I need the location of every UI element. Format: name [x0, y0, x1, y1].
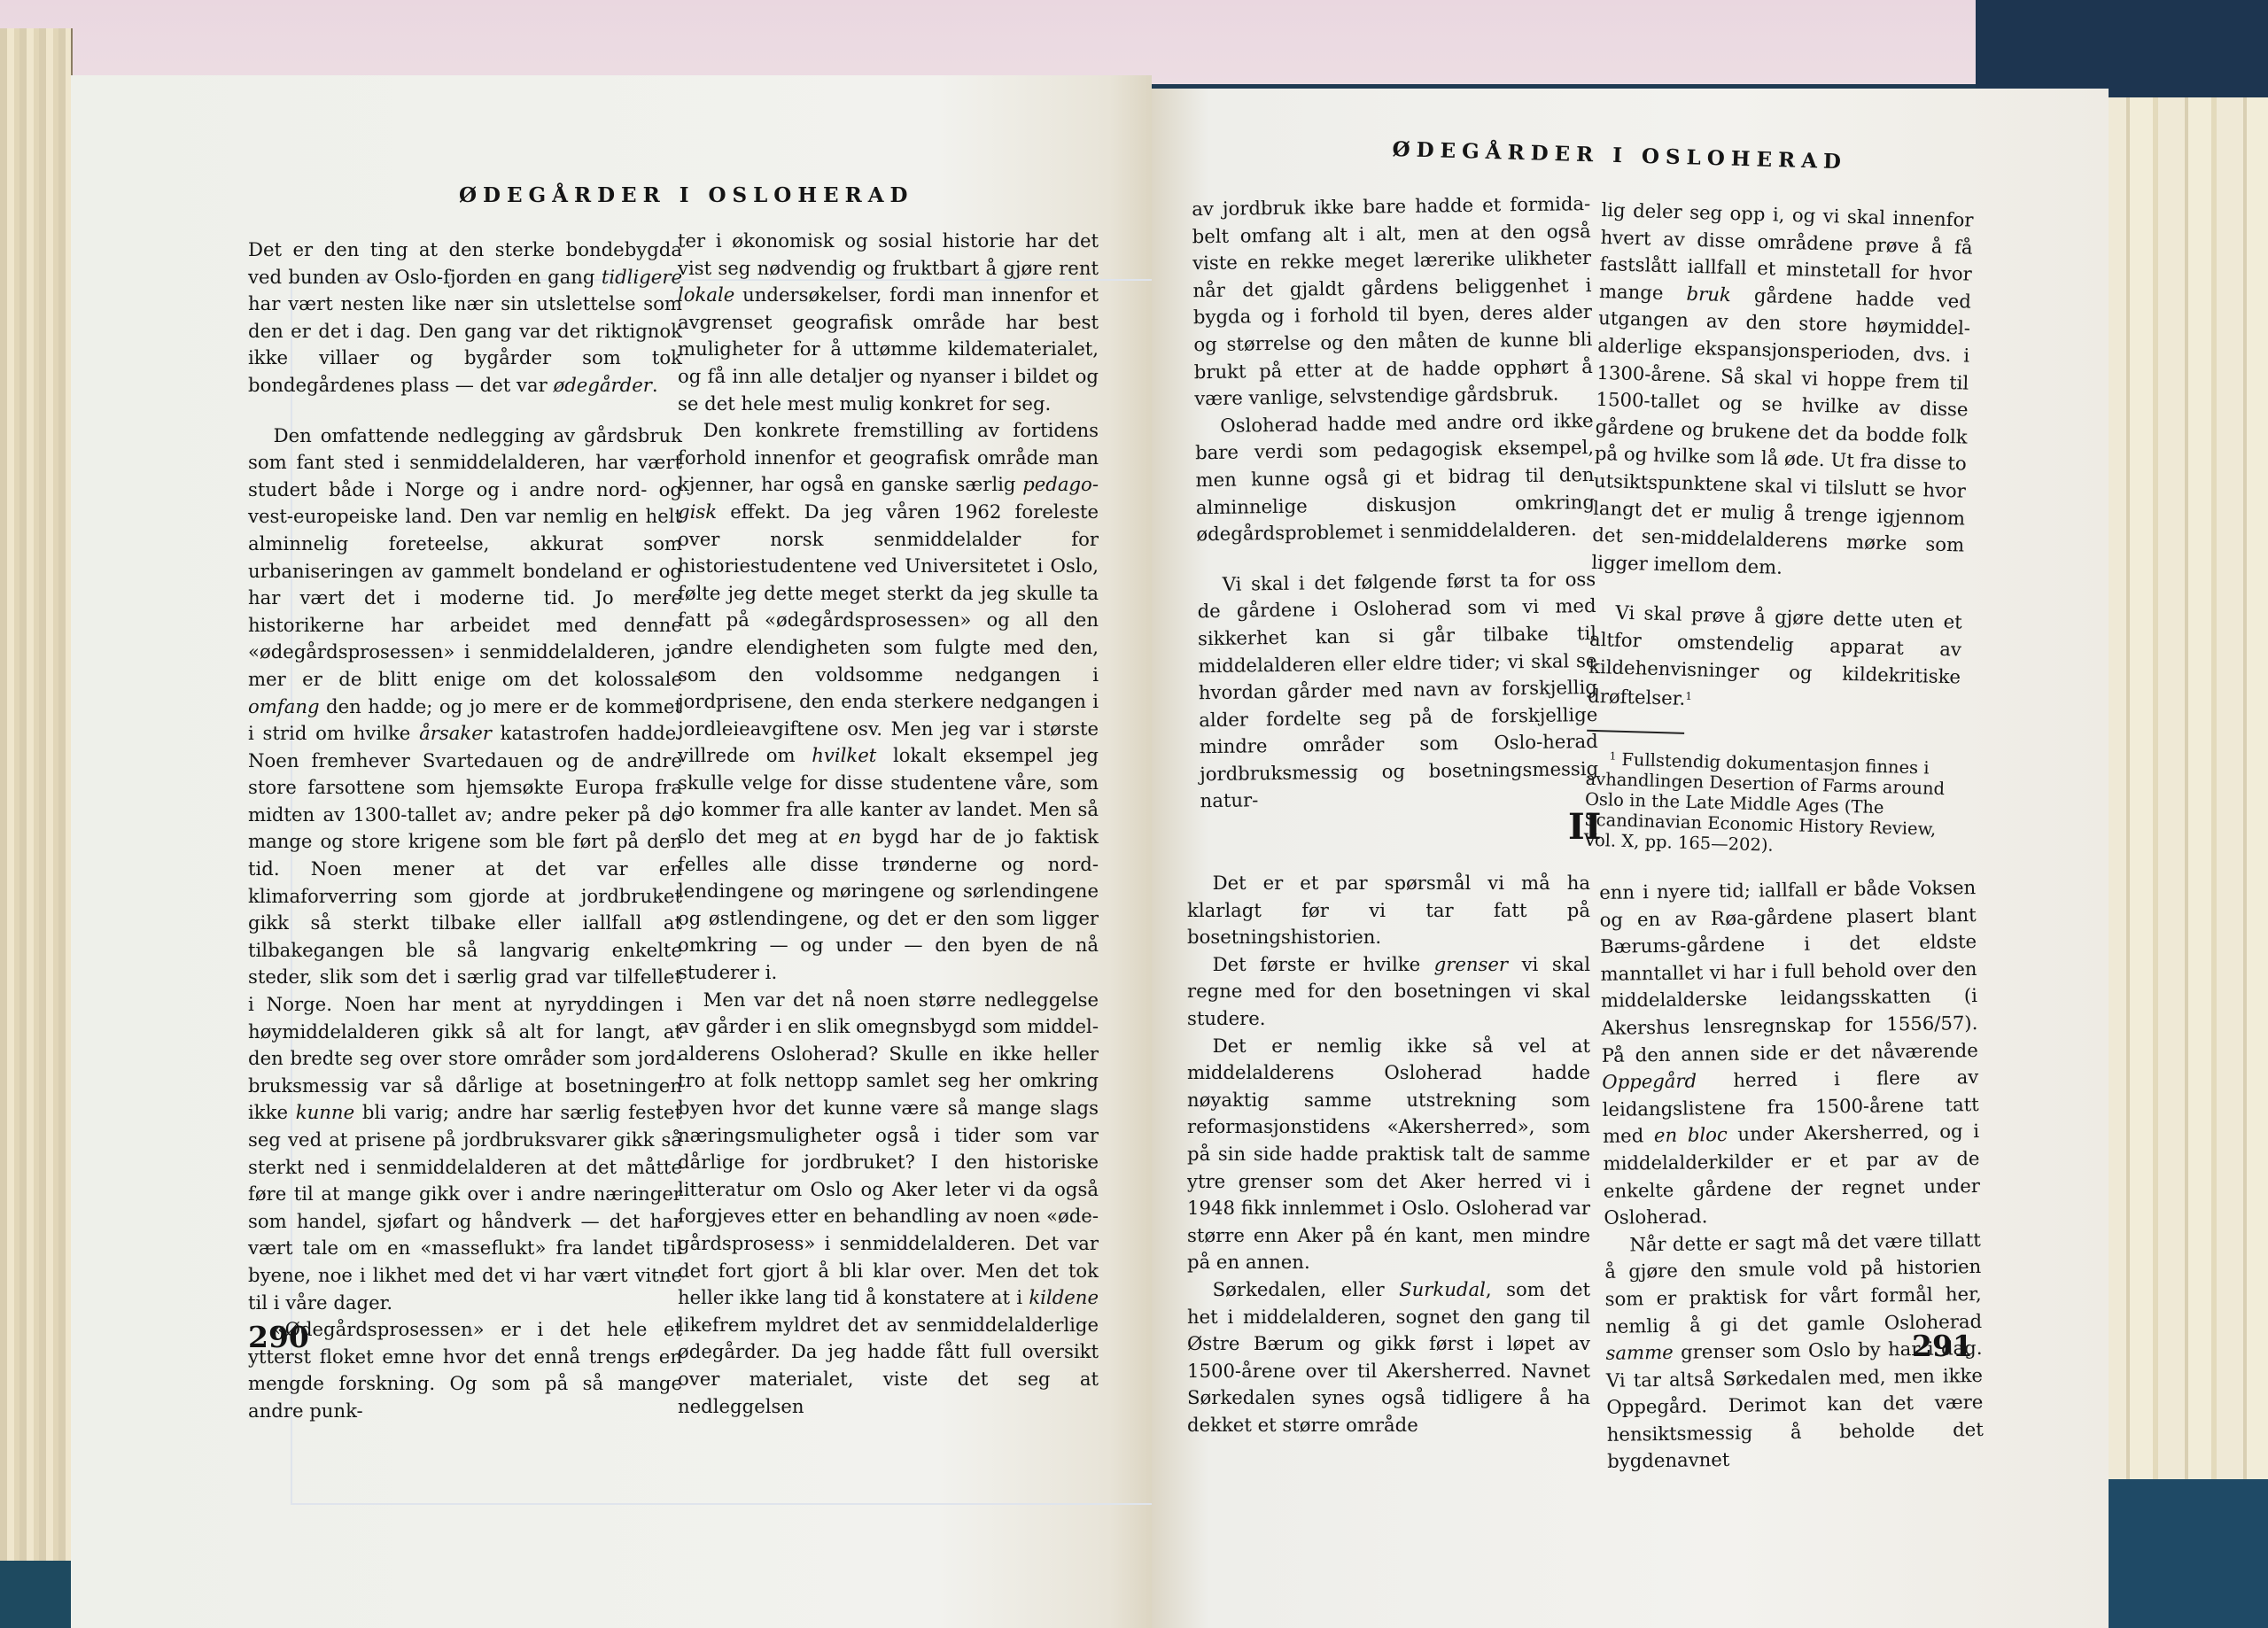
footnote-reference[interactable]: 1: [1685, 690, 1692, 702]
footnote-rule: [1587, 729, 1684, 733]
paragraph: Sørkedalen, eller Surkudal, som det het …: [1187, 1276, 1590, 1439]
page-block-left-edge: [0, 28, 73, 1561]
section-number: II: [1568, 806, 1601, 848]
background-surface: [0, 0, 2268, 84]
paragraph: Vi skal prøve å gjøre dette uten et altf…: [1588, 599, 1962, 720]
paragraph: Osloherad hadde med andre ord ikke bare …: [1194, 407, 1595, 548]
paragraph: Det første er hvilke grenser vi skal reg…: [1187, 951, 1590, 1033]
running-head: ØDEGÅRDER I OSLOHERAD: [1392, 137, 1847, 174]
paragraph: Det er et par spørsmål vi må ha klarlagt…: [1187, 870, 1590, 951]
paragraph: Vi skal i det følgende først ta for oss …: [1197, 566, 1599, 816]
paragraph: enn i nyere tid; iallfall er både Voksen…: [1599, 874, 1981, 1232]
paragraph: Men var det nå noen større nedleggelse a…: [678, 987, 1099, 1421]
right-page-column-1-top: av jordbruk ikke bare hadde et formida­b…: [1192, 190, 1599, 815]
paragraph: Den omfattende nedlegging av gårdsbruk s…: [248, 423, 682, 1317]
right-page-column-1-bottom: Det er et par spørsmål vi må ha klarlagt…: [1187, 870, 1590, 1438]
paragraph: Det er nemlig ikke så vel at middelalde­…: [1187, 1033, 1590, 1276]
right-page-column-2-top: lig deler seg opp i, og vi skal innenfor…: [1583, 197, 1973, 860]
left-page-column-1: Det er den ting at den sterke bondebygda…: [248, 236, 682, 1425]
paragraph: Den konkrete fremstilling av fortidens f…: [678, 417, 1099, 986]
running-head: ØDEGÅRDER I OSLOHERAD: [459, 183, 914, 207]
page-block-right-edge: [2100, 97, 2268, 1479]
book-cover-corner: [1976, 0, 2268, 97]
right-page: ØDEGÅRDER I OSLOHERAD av jordbruk ikke b…: [1152, 89, 2109, 1628]
paragraph: ter i økonomisk og sosial historie har d…: [678, 228, 1099, 417]
paragraph: Det er den ting at den sterke bondebygda…: [248, 236, 682, 399]
footnote: 1 Fullstendig dokumentasjon finnes i av­…: [1583, 745, 1958, 860]
left-page: ØDEGÅRDER I OSLOHERAD Det er den ting at…: [71, 75, 1152, 1628]
right-page-column-2-bottom: enn i nyere tid; iallfall er både Voksen…: [1599, 874, 1984, 1476]
paragraph: av jordbruk ikke bare hadde et formida­b…: [1192, 190, 1593, 413]
page-number: 290: [248, 1320, 309, 1354]
paragraph: lig deler seg opp i, og vi skal innenfor…: [1591, 197, 1974, 586]
paragraph: «Ødegårdsprosessen» er i det hele et ytt…: [248, 1316, 682, 1424]
page-number: 291: [1912, 1329, 1973, 1363]
left-page-column-2: ter i økonomisk og sosial historie har d…: [678, 228, 1099, 1420]
